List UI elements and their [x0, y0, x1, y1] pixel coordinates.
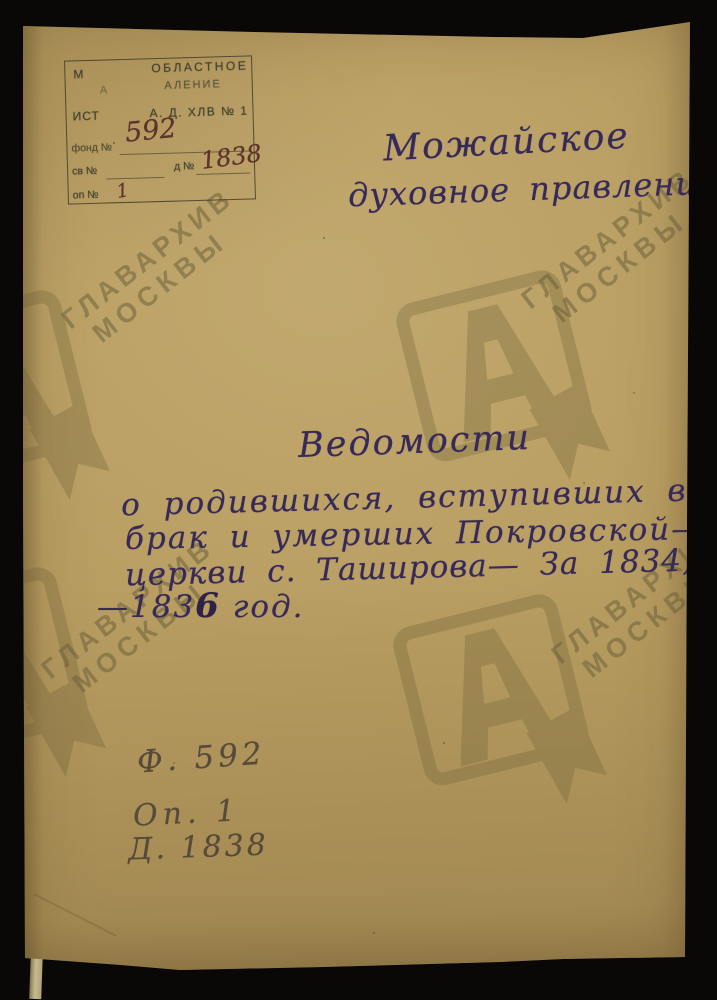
stamp-row2-right: АЛЕНИЕ — [164, 78, 222, 92]
stamp-row3-left: ИСТ — [72, 109, 100, 124]
archival-mark-fond: Ф. 592 — [136, 736, 267, 781]
stamp-delo-value: 1838 — [199, 139, 263, 175]
paper-crease — [34, 893, 117, 937]
archival-scan: ГЛАВАРХИВ МОСКВЫ ГЛАВАРХИВ МОСКВЫ ГЛАВАР… — [0, 0, 717, 1000]
stamp-opis-line — [105, 200, 177, 204]
archive-stamp: М ОБЛАСТНОЕ А АЛЕНИЕ ИСТ А. Д. ХЛВ № 1 ф… — [64, 55, 256, 204]
stamp-row1-right: ОБЛАСТНОЕ — [151, 59, 248, 76]
stamp-row2-left: А — [100, 84, 108, 96]
stamp-delo-label: д № — [174, 160, 195, 173]
stamp-sv-label: св № — [72, 165, 97, 178]
title-body-line4: —1836 год. — [97, 586, 305, 626]
archival-mark-opis: Оп. 1 — [132, 793, 241, 834]
year-prefix: —183 — [97, 589, 195, 625]
glavarhiv-logo-watermark-icon — [377, 574, 617, 845]
page-marker-tab — [29, 955, 43, 999]
document-cover-page: ГЛАВАРХИВ МОСКВЫ ГЛАВАРХИВ МОСКВЫ ГЛАВАР… — [23, 22, 690, 970]
stamp-row1-left: М — [73, 67, 83, 81]
year-overwritten-digit: 6 — [195, 586, 221, 626]
archival-mark-delo: Д. 1838 — [127, 828, 269, 868]
stamp-sv-line — [106, 176, 164, 180]
stamp-fond-label: фонд № — [71, 141, 112, 154]
heading-line1: Можайское — [382, 116, 631, 170]
stamp-opis-label: оп № — [73, 189, 99, 202]
stamp-opis-value: 1 — [115, 179, 131, 203]
title-vedomosti: Ведомости — [297, 418, 531, 466]
year-suffix: год. — [221, 589, 305, 625]
stamp-fond-value: 592 — [124, 113, 178, 149]
